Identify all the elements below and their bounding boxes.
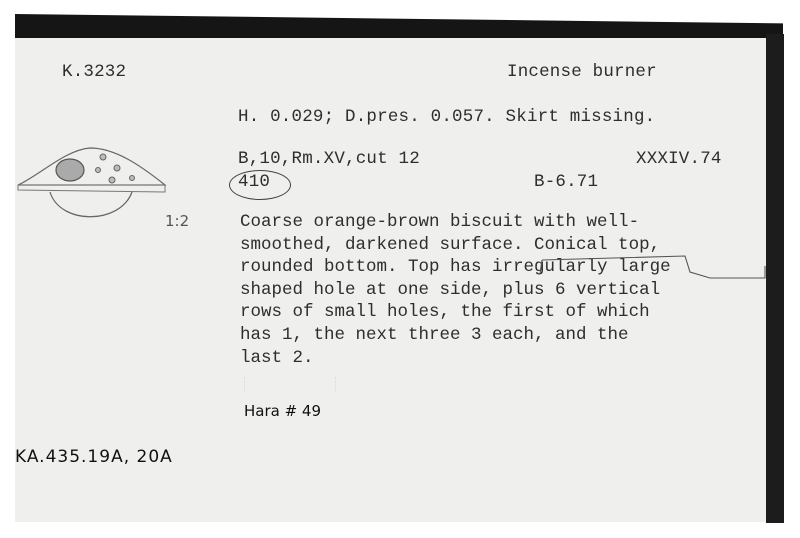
description: Coarse orange-brown biscuit with well-sm… [240,211,671,369]
description-line: has 1, the next three 3 each, and the [240,324,671,347]
description-line: Coarse orange-brown biscuit with well- [240,211,671,234]
incense-burner-drawing-icon [10,140,180,230]
findspot: B,10,Rm.XV,cut 12 [238,149,420,169]
description-line: rows of small holes, the first of which [240,301,671,324]
handwritten-ref: KA.435.19A, 20A [15,447,173,467]
dimensions: H. 0.029; D.pres. 0.057. Skirt missing. [238,107,655,127]
object-type: Incense burner [507,62,657,82]
description-line: last 2. [240,347,671,370]
photo-ref: B-6.71 [534,172,598,192]
erased-mark [244,377,336,391]
circled-number: 410 [238,172,270,192]
inventory-ref: XXXIV.74 [636,149,722,169]
catalog-number: K.3232 [62,62,126,82]
edit-mark-annotation-icon [520,248,770,288]
handwritten-note: Hara # 49 [244,402,321,420]
